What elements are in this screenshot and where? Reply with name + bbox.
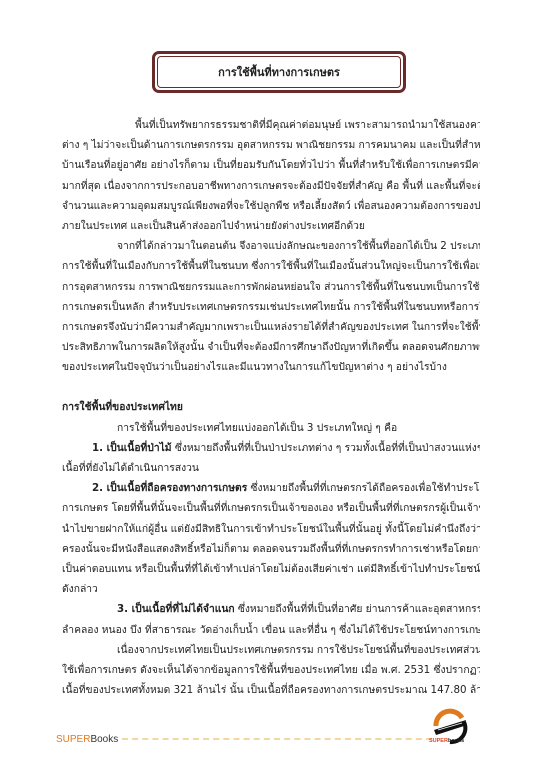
title-box: การใช้พื้นที่ทางการเกษตร: [152, 51, 406, 93]
text-line: การเกษตรเป็นหลัก สำหรับประเทศเกษตรกรรมเช…: [62, 297, 480, 317]
page-title: การใช้พื้นที่ทางการเกษตร: [157, 56, 401, 88]
text-line: ประสิทธิภาพในการผลิตให้สูงนั้น จำเป็นที่…: [62, 337, 480, 357]
closing-paragraph: เนื่องจากประเทศไทยเป็นประเทศเกษตรกรรม กา…: [62, 640, 480, 701]
item-label: 1. เป็นเนื้อที่ป่าไม้: [92, 442, 172, 454]
page-footer: SUPERBooks: [56, 732, 432, 746]
text-line: การเกษตร โดยที่พื้นที่นั้นจะเป็นพื้นที่ท…: [62, 498, 480, 518]
footer-divider: [122, 738, 432, 740]
list-item-agricultural-holding: 2. เป็นเนื้อที่ถือครองทางการเกษตร ซึ่งหม…: [62, 478, 480, 599]
text-line: นำไปขายฝากให้แก่ผู้อื่น แต่ยังมีสิทธิในก…: [62, 519, 480, 539]
spacer: [62, 377, 480, 397]
text-line: การอุตสาหกรรม การพาณิชยกรรมและการพักผ่อน…: [62, 277, 480, 297]
document-body: พื้นที่เป็นทรัพยากรธรรมชาติที่มีคุณค่าต่…: [62, 115, 480, 700]
text-line: เนื้อที่ของประเทศทั้งหมด 321 ล้านไร่ นั้…: [62, 680, 480, 700]
text-line: ครองนั้นจะมีหนังสือแสดงสิทธิ์หรือไม่ก็ตา…: [62, 539, 480, 559]
section-heading: การใช้พื้นที่ของประเทศไทย: [62, 397, 480, 417]
list-item-unclassified: 3. เป็นเนื้อที่ที่ไม่ได้จำแนก ซึ่งหมายถึ…: [62, 599, 480, 639]
second-paragraph: จากที่ได้กล่าวมาในตอนต้น จึงอาจแบ่งลักษณ…: [62, 236, 480, 377]
item-label: 2. เป็นเนื้อที่ถือครองทางการเกษตร: [92, 482, 247, 494]
section-intro: การใช้พื้นที่ของประเทศไทยแบ่งออกได้เป็น …: [62, 418, 480, 438]
text-line: บ้านเรือนที่อยู่อาศัย อย่างไรก็ตาม เป็นท…: [62, 155, 480, 175]
intro-paragraph: พื้นที่เป็นทรัพยากรธรรมชาติที่มีคุณค่าต่…: [62, 115, 480, 236]
text-line: เนื่องจากประเทศไทยเป็นประเทศเกษตรกรรม กา…: [62, 640, 480, 660]
text-line: ลำคลอง หนอง บึง ที่สาธารณะ วัดอ่างเก็บน้…: [62, 620, 480, 640]
text-line: ภายในประเทศ และเป็นสินค้าส่งออกไปจำหน่าย…: [62, 216, 480, 236]
text-line: จำนวนและความอุดมสมบูรณ์เพียงพอที่จะใช้ปล…: [62, 196, 480, 216]
text-line: พื้นที่เป็นทรัพยากรธรรมชาติที่มีคุณค่าต่…: [62, 115, 480, 135]
text-line: มากที่สุด เนื่องจากการประกอบอาชีพทางการเ…: [62, 176, 480, 196]
list-item-forest: 1. เป็นเนื้อที่ป่าไม้ ซึ่งหมายถึงพื้นที่…: [62, 438, 480, 478]
text-line: ของประเทศในปัจจุบันว่าเป็นอย่างไรและมีแน…: [62, 357, 480, 377]
text-line: เป็นค่าตอบแทน หรือเป็นพื้นที่ที่ได้เข้าท…: [62, 559, 480, 579]
text-line: ดังกล่าว: [62, 579, 480, 599]
item-text: ซึ่งหมายถึงพื้นที่ที่เกษตรกรได้ถือครองเพ…: [247, 482, 480, 494]
footer-brand: SUPERBooks: [56, 734, 118, 745]
text-line: จากที่ได้กล่าวมาในตอนต้น จึงอาจแบ่งลักษณ…: [62, 236, 480, 256]
text-line: การเกษตรจึงนับว่ามีความสำคัญมากเพราะเป็น…: [62, 317, 480, 337]
logo-wordmark: SUPERbooks: [429, 738, 464, 744]
text-line: การใช้พื้นที่ในเมืองกับการใช้พื้นที่ในชน…: [62, 256, 480, 276]
item-label: 3. เป็นเนื้อที่ที่ไม่ได้จำแนก: [117, 603, 235, 615]
item-text: ซึ่งหมายถึงพื้นที่ที่เป็นที่อาศัย ย่านกา…: [235, 603, 480, 615]
text-line: ใช้เพื่อการเกษตร ดังจะเห็นได้จากข้อมูลกา…: [62, 660, 480, 680]
item-text: ซึ่งหมายถึงพื้นที่ที่เป็นป่าประเภทต่าง ๆ…: [172, 442, 480, 454]
text-line: ต่าง ๆ ไม่ว่าจะเป็นด้านการเกษตรกรรม อุตส…: [62, 135, 480, 155]
text-line: เนื้อที่ที่ยังไม่ได้ดำเนินการสงวน: [62, 458, 480, 478]
